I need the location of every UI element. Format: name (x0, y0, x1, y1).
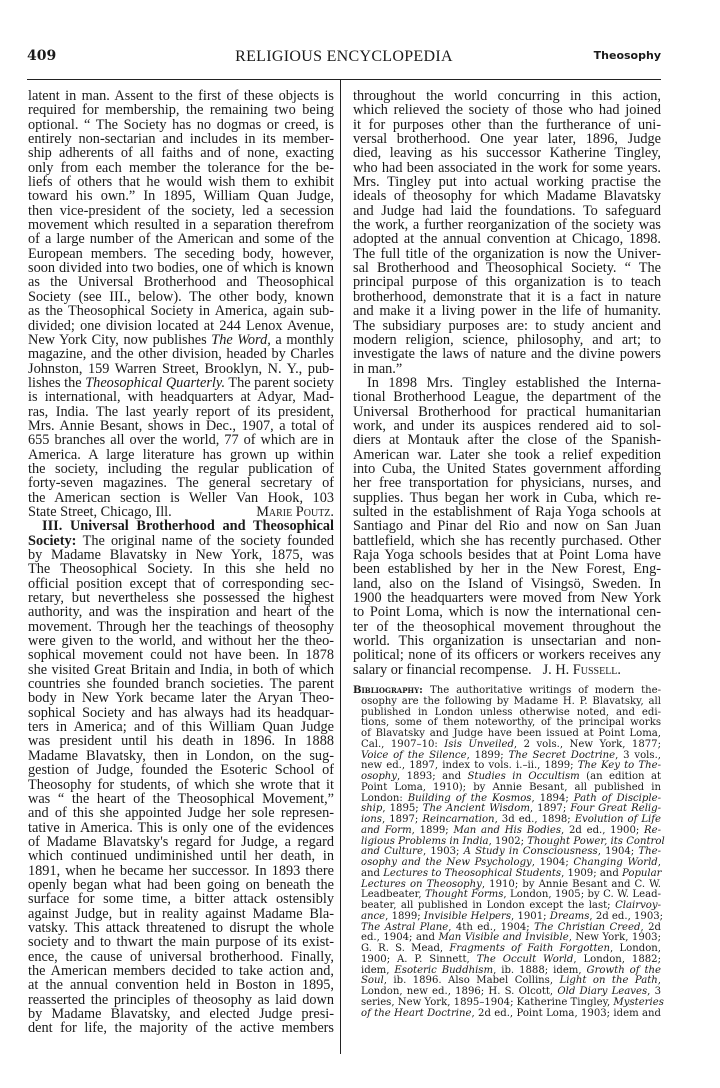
text-line: the American members decided to take act… (28, 964, 334, 978)
text-line: ters in America; and of this William Qua… (28, 720, 334, 734)
text-line: Santiago and Pinar del Rio and now on Sa… (353, 519, 661, 533)
text-line: ras, India. The last yearly report of it… (28, 405, 334, 419)
italic-title: The Key to The- (578, 760, 661, 771)
italic-title: Thought Forms (425, 889, 503, 900)
text-line: into Cuba, the United States government … (353, 462, 661, 476)
text-line: was president until his death in 1896. I… (28, 734, 334, 748)
italic-title: Clairvoy- (615, 900, 661, 911)
italic-title: The Astral Plane (361, 922, 448, 933)
text-line: brotherhood, demonstrate that it is a fa… (353, 290, 661, 304)
italic-title: Lectures on Theosophy (361, 879, 482, 890)
text-line: In 1898 Mrs. Tingley established the Int… (353, 376, 661, 390)
italic-title: osophy (361, 771, 397, 782)
italic-title: Lectures to Theosophical Students (383, 868, 561, 879)
italic-title: The- (638, 846, 661, 857)
text-line: Theosophy for students, of which she wro… (28, 778, 334, 792)
text-line: world. This organization is unsectarian … (353, 634, 661, 648)
text-line: Johnston, 159 Warren Street, Brooklyn, N… (28, 362, 334, 376)
text-line: she visited Great Britain and India, in … (28, 663, 334, 677)
text-line: Universal Brotherhood for practical huma… (353, 405, 661, 419)
italic-title: The Secret Doctrine (509, 750, 616, 761)
italic-title: osophy and the New Psychology (361, 857, 532, 868)
text-line: Mrs. Annie Besant, shows in Dec., 1907, … (28, 419, 334, 433)
italic-title: Invisible Helpers (424, 911, 511, 922)
text-line: her free transportation for physicians, … (353, 476, 661, 490)
encyclopedia-page: 409 RELIGIOUS ENCYCLOPEDIA Theosophy lat… (0, 0, 720, 1088)
text-line: is international, with headquarters at A… (28, 390, 334, 404)
author-signature: Marie Poutz. (256, 505, 334, 519)
text-line: The subsidiary purposes are: to study an… (353, 319, 661, 333)
italic-title: Light on the Path (560, 975, 658, 986)
text-line: The Theosophical Society. In this she he… (28, 562, 334, 576)
text-line: reasserted the principles of theosophy a… (28, 993, 334, 1007)
text-line: surface for some time, a bitter attack o… (28, 892, 334, 906)
bibliography: Bibliography: The authoritative writings… (353, 686, 661, 1019)
text-line: sulted in the establishment of Raja Yoga… (353, 505, 661, 519)
italic-title: Path of Disciple- (574, 793, 661, 804)
text-line: to Point Loma, which is now the internat… (353, 605, 661, 619)
italic-title: and Culture (361, 846, 423, 857)
text-line: Madame Blavatsky, then in London, on the… (28, 749, 334, 763)
text-line: magazine, and the other division, headed… (28, 347, 334, 361)
text-line: ideals of theosophy for which Madame Bla… (353, 189, 661, 203)
text-line: Raja Yoga schools besides that at Point … (353, 548, 661, 562)
text-line: ter of the theosophical movement through… (353, 620, 661, 634)
text-line: Society (see III., below). The other bod… (28, 290, 334, 304)
author-signature: J. H. Fussell. (543, 663, 621, 677)
text-line: toward his own.” In 1895, William Quan J… (28, 189, 334, 203)
text-line: sal Brotherhood and Theosophical Society… (353, 261, 661, 275)
italic-title: Studies in Occultism (468, 771, 580, 782)
text-line: soon divided into two bodies, one of whi… (28, 261, 334, 275)
italic-title: Isis Unveiled (444, 739, 514, 750)
text-line: 655 branches all over the world, 77 of w… (28, 433, 334, 447)
text-line: adopted at the annual convention at Chic… (353, 232, 661, 246)
italic-title: Re- (644, 825, 661, 836)
text-line: as the Universal Brotherhood and Theosop… (28, 275, 334, 289)
text-line: American war. Later she took a relief ex… (353, 448, 661, 462)
page-header: 409 RELIGIOUS ENCYCLOPEDIA Theosophy (27, 48, 661, 68)
text-line: political; none of its officers or worke… (353, 648, 661, 662)
text-line: ence, the cause of universal brotherhood… (28, 950, 334, 964)
text-line: vatsky. This attack threatened to disrup… (28, 921, 334, 935)
text-line: official position except that of corresp… (28, 577, 334, 591)
text-line: 1900 the headquarters were moved from Ne… (353, 591, 661, 605)
text-line: Society: The original name of the societ… (28, 534, 334, 548)
italic-title: Old Diary Leaves (557, 986, 647, 997)
text-line: sophical Society and has always had its … (28, 706, 334, 720)
section-tag: Theosophy (594, 49, 661, 62)
text-line: and make it a living power in the life o… (353, 304, 661, 318)
italic-title: and Form (361, 825, 412, 836)
right-column: throughout the world concurring in this … (353, 89, 661, 1019)
text-line: America. A large literature has grown up… (28, 448, 334, 462)
text-line: by Madame Blavatsky, and elected Judge p… (28, 1007, 334, 1021)
text-line: the society, including the regular publi… (28, 462, 334, 476)
text-line: throughout the world concurring in this … (353, 89, 661, 103)
text-line: the American section is Weller Van Hook,… (28, 491, 334, 505)
text-line: The full title of the organization is no… (353, 247, 661, 261)
italic-title: Dreams (550, 911, 590, 922)
text-line: latent in man. Assent to the first of th… (28, 89, 334, 103)
italic-title: ions (361, 814, 382, 825)
italic-title: Fragments of Faith Forgotten (449, 943, 610, 954)
italic-title: ance (361, 911, 385, 922)
italic-title: Mysteries (613, 997, 663, 1008)
text-line: divided; one division located at 244 Len… (28, 319, 334, 333)
text-line: authority, and was the inspiration and h… (28, 605, 334, 619)
column-divider (340, 80, 341, 1054)
italic-title: Man and His Bodies (453, 825, 561, 836)
text-line: then vice-president of the society, led … (28, 204, 334, 218)
text-line: of Madame Blavatsky's regard for Judge, … (28, 835, 334, 849)
italic-title: Man Visible and Invisible (438, 932, 568, 943)
text-line: movement. Through her the teachings of t… (28, 620, 334, 634)
text-line: movement which resulted in a separation … (28, 218, 334, 232)
italic-title: Reincarnation (422, 814, 494, 825)
text-line: investigate the laws of nature and the d… (353, 347, 661, 361)
text-line: died, leaving as his successor Katherine… (353, 146, 661, 160)
text-line: tative in America. This is only one of t… (28, 821, 334, 835)
italic-title: A Study in Consciousness (464, 846, 598, 857)
text-line: New York City, now publishes The Word, a… (28, 333, 334, 347)
text-line: battlefield, which she has recently purc… (353, 534, 661, 548)
italic-title: ligious Problems in India (361, 836, 489, 847)
text-line: who had been associated in the work for … (353, 161, 661, 175)
text-line: ship adherents of all faiths and of none… (28, 146, 334, 160)
text-line: only from each member the tolerance for … (28, 161, 334, 175)
italic-title: of the Heart Doctrine (361, 1008, 471, 1019)
text-line: work, and under its auspices rendered ai… (353, 419, 661, 433)
italic-title: The Christian Creed (534, 922, 640, 933)
italic-title: Changing World (573, 857, 657, 868)
text-line: and Judge had laid the foundations. To s… (353, 204, 661, 218)
text-line: Mrs. Tingley put into actual working pra… (353, 175, 661, 189)
text-line: tional Brotherhood League, the departmen… (353, 390, 661, 404)
text-line: it for purposes other than the furtheran… (353, 118, 661, 132)
text-line: which continued undiminished until her d… (28, 849, 334, 863)
bibliography-line: of the Heart Doctrine, 2d ed., Point Lom… (353, 1009, 661, 1020)
running-title: RELIGIOUS ENCYCLOPEDIA (27, 48, 661, 66)
text-line: required for membership, the remaining t… (28, 103, 334, 117)
text-line: which relieved the society of those who … (353, 103, 661, 117)
italic-title: Thought Power, its Control (527, 836, 664, 847)
text-line: versal brotherhood. One year later, 1896… (353, 132, 661, 146)
text-line: liefs of others that he would wish them … (28, 175, 334, 189)
text-line: gestion of Judge, founded the Esoteric S… (28, 763, 334, 777)
text-line: salary or financial recompense.J. H. Fus… (353, 663, 661, 677)
italic-title: Esoteric Buddhism (394, 965, 493, 976)
text-line: lishes the Theosophical Quarterly. The p… (28, 376, 334, 390)
left-column: latent in man. Assent to the first of th… (28, 89, 334, 1036)
text-line: retary, but nevertheless she possessed t… (28, 591, 334, 605)
text-line: entirely non-sectarian and includes in i… (28, 132, 334, 146)
header-rule (27, 79, 661, 80)
italic-title: Soul (361, 975, 384, 986)
italic-title: Popular (622, 868, 662, 879)
text-line: diers at Montauk after the close of the … (353, 433, 661, 447)
italic-title: Four Great Relig- (570, 803, 661, 814)
text-line: principal purpose of this organization i… (353, 275, 661, 289)
text-line: dent for life, the majority of the activ… (28, 1021, 334, 1035)
text-line: State Street, Chicago, Ill.Marie Poutz. (28, 505, 334, 519)
italic-title: Growth of the (587, 965, 661, 976)
italic-title: Voice of the Silence (361, 750, 467, 761)
text-line: openly began what had been going on bene… (28, 878, 334, 892)
text-line: of a large number of the American and so… (28, 232, 334, 246)
italic-title: Building of the Kosmos (408, 793, 532, 804)
text-line: at the annual convention held in Boston … (28, 978, 334, 992)
text-line: modern religion, science, philosophy, an… (353, 333, 661, 347)
text-line: optional. “ The Society has no dogmas or… (28, 118, 334, 132)
text-line: 1891, when he became her successor. In 1… (28, 864, 334, 878)
text-line: countries she founded branch societies. … (28, 677, 334, 691)
text-line: in man.” (353, 362, 661, 376)
italic-title: Evolution of Life (575, 814, 661, 825)
text-line: and of this she appointed Judge her sole… (28, 806, 334, 820)
section-heading: III. Universal Brotherhood and Theosophi… (28, 519, 334, 533)
italic-title: ship (361, 803, 382, 814)
text-line: supplies. Thus began her work in Cuba, w… (353, 491, 661, 505)
text-line: sophical movement could not have been. I… (28, 648, 334, 662)
text-line: the work, a further reorganization of th… (353, 218, 661, 232)
text-line: forty-seven magazines. The general secre… (28, 476, 334, 490)
text-line: against Judge, but in reality against Ma… (28, 907, 334, 921)
text-line: body in New York became later the Aryan … (28, 691, 334, 705)
text-line: were given to the world, and without her… (28, 634, 334, 648)
text-line: land, also on the Island of Visingsö, Sw… (353, 577, 661, 591)
text-line: been established by her in the New Fores… (353, 562, 661, 576)
text-line: society and to thwart the main purpose o… (28, 935, 334, 949)
italic-title: The Occult World (477, 954, 574, 965)
text-line: by Madame Blavatsky in New York, 1875, w… (28, 548, 334, 562)
text-line: as the Theosophical Society in America, … (28, 304, 334, 318)
text-line: was “ the heart of the Theosophical Move… (28, 792, 334, 806)
text-line: European members. The seceding body, how… (28, 247, 334, 261)
italic-title: The Ancient Wisdom (423, 803, 530, 814)
